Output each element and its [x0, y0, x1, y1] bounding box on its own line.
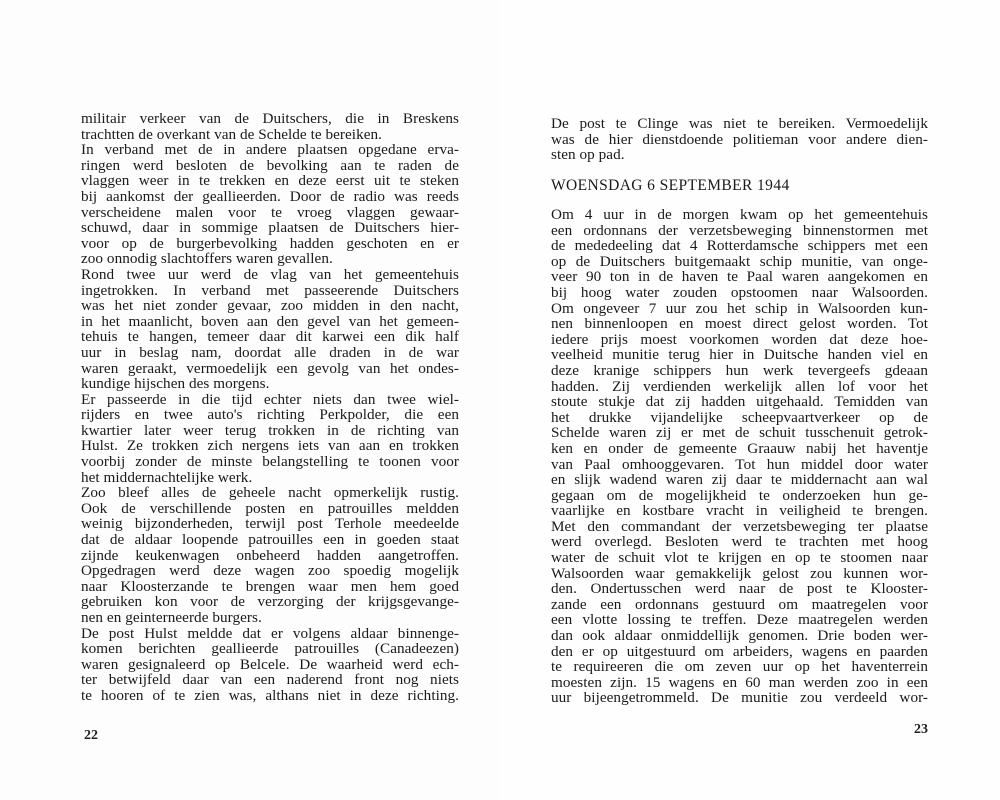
section-heading-date: WOENSDAG 6 SEPTEMBER 1944: [551, 177, 790, 195]
text-line: vaarlijke en kostbare vracht in veilighe…: [551, 503, 928, 519]
text-line: trachtten de overkant van de Schelde te …: [81, 127, 459, 143]
text-line: te requireeren die om zeven uur op het h…: [551, 659, 928, 675]
text-line: op de Duitschers buitgemaakt schip munit…: [551, 254, 928, 270]
text-line: voorbij zonder de minste belangstelling …: [81, 454, 459, 470]
text-line: schuwd, daar in sommige plaatsen de Duit…: [81, 220, 459, 236]
text-line: een vlotte lossing te treffen. Deze maat…: [551, 612, 928, 628]
page-number-left: 22: [84, 728, 98, 744]
text-line: in het maanlicht, boven aan den gevel va…: [81, 314, 459, 330]
text-line: was het niet zonder gevaar, zoo midden i…: [81, 298, 459, 314]
text-line: bij hoog water zouden opstoomen naar Wal…: [551, 285, 928, 301]
text-line: het middernachtelijke werk.: [81, 470, 459, 486]
page-right: De post te Clinge was niet te bereiken. …: [500, 0, 1000, 800]
text-line: De post te Clinge was niet te bereiken. …: [551, 116, 928, 132]
text-line: rijders en twee auto's richting Perkpold…: [81, 407, 459, 423]
text-line: gegaan om de mogelijkheid te onderzoeken…: [551, 488, 928, 504]
text-line: In verband met de in andere plaatsen opg…: [81, 142, 459, 158]
text-line: Om 4 uur in de morgen kwam op het gemeen…: [551, 207, 928, 223]
text-line: voor op de burgerbevolking hadden gescho…: [81, 236, 459, 252]
text-line: gebruiken kon voor de verzorging der kri…: [81, 594, 459, 610]
text-line: het drukke vijandelijke scheepvaartverke…: [551, 410, 928, 426]
text-line: uur bijeengetrommeld. De munitie zou ver…: [551, 690, 928, 706]
text-line: kwartier later weer terug trokken in de …: [81, 423, 459, 439]
text-line: ter betwijfeld daar van een naderend fro…: [81, 672, 459, 688]
text-line: bij aankomst der geallieerden. Door de r…: [81, 189, 459, 205]
text-line: komen berichten geallieerde patrouilles …: [81, 641, 459, 657]
text-line: en slijk wadend waren zij daar te midder…: [551, 472, 928, 488]
text-line: zijnde keukenwagen onbeheerd hadden aang…: [81, 548, 459, 564]
text-line: waren geraakt, vermoedelijk een gevolg v…: [81, 361, 459, 377]
text-line: van Paal omhooggevaren. Tot hun middel d…: [551, 457, 928, 473]
text-line: sten op pad.: [551, 147, 928, 163]
text-line: hadden. Zij verdienden werkelijk allen l…: [551, 379, 928, 395]
text-line: Rond twee uur werd de vlag van het gemee…: [81, 267, 459, 283]
text-line: Walsoorden waar gemakkelijk gelost zou k…: [551, 566, 928, 582]
text-line: De post Hulst meldde dat er volgens alda…: [81, 626, 459, 642]
text-line: verscheidene malen voor te vroeg vlaggen…: [81, 205, 459, 221]
text-line: deze kranige schippers hun werk tevergee…: [551, 363, 928, 379]
text-line: was de hier dienstdoende politieman voor…: [551, 132, 928, 148]
text-line: Er passeerde in die tijd echter niets da…: [81, 392, 459, 408]
text-line: werd overlegd. Besloten werd te trachten…: [551, 534, 928, 550]
text-line: een ordonnans der verzetsbeweging binnen…: [551, 223, 928, 239]
text-line: Schelde waren zij er met de schuit tussc…: [551, 425, 928, 441]
page-left: militair verkeer van de Duitschers, die …: [0, 0, 500, 800]
text-line: dat de aldaar loopende patrouilles een i…: [81, 532, 459, 548]
text-line: Om ongeveer 7 uur zou het schip in Walso…: [551, 301, 928, 317]
text-line: ken en onder de gemeente Graauw nabij he…: [551, 441, 928, 457]
text-line: moesten zijn. 15 wagens en 60 man werden…: [551, 675, 928, 691]
text-line: Met den commandant der verzetsbeweging t…: [551, 519, 928, 535]
text-line: waren gesignaleerd op Belcele. De waarhe…: [81, 657, 459, 673]
text-line: ingetrokken. In verband met passeerende …: [81, 283, 459, 299]
text-line: Ook de verschillende posten en patrouill…: [81, 501, 459, 517]
text-line: dan ook aldaar onmiddellijk genomen. Dri…: [551, 628, 928, 644]
text-line: veer 90 ton in de haven te Paal waren aa…: [551, 269, 928, 285]
text-line: iedere prijs moest voorkomen worden dat …: [551, 332, 928, 348]
text-line: water de schuit vlot te krijgen en op te…: [551, 550, 928, 566]
text-line: veelheid munitie terug hier in Duitsche …: [551, 347, 928, 363]
text-line: zande een ordonnans gestuurd om maatrege…: [551, 597, 928, 613]
text-line: stoute stukje dat zij hadden uitgehaald.…: [551, 394, 928, 410]
text-line: nen binnenloopen en moest direct gelost …: [551, 316, 928, 332]
text-line: den er op uitgestuurd om arbeiders, wage…: [551, 644, 928, 660]
text-line: weinig bijzonderheden, terwijl post Terh…: [81, 516, 459, 532]
text-line: de mededeeling dat 4 Rotterdamsche schip…: [551, 238, 928, 254]
text-line: zoo onnodig slachtoffers waren gevallen.: [81, 251, 459, 267]
text-line: den. Ondertusschen werd naar de post te …: [551, 581, 928, 597]
right-page-body-text: Om 4 uur in de morgen kwam op het gemeen…: [551, 207, 928, 706]
text-line: Zoo bleef alles de geheele nacht opmerke…: [81, 485, 459, 501]
text-line: naar Kloosterzande te brengen waar men h…: [81, 579, 459, 595]
text-line: kundige hijschen des morgens.: [81, 376, 459, 392]
text-line: Opgedragen werd deze wagen zoo spoedig m…: [81, 563, 459, 579]
text-line: ringen werd besloten de bevolking aan te…: [81, 158, 459, 174]
page-number-right: 23: [914, 722, 928, 738]
text-line: uur in beslag nam, doordat alle draden i…: [81, 345, 459, 361]
book-spread: militair verkeer van de Duitschers, die …: [0, 0, 1000, 800]
text-line: Hulst. Ze trokken zich nergens iets van …: [81, 438, 459, 454]
text-line: vlaggen weer in te trekken en deze eerst…: [81, 173, 459, 189]
right-page-intro-text: De post te Clinge was niet te bereiken. …: [551, 116, 928, 163]
text-line: te hooren of te zien was, althans niet i…: [81, 688, 459, 704]
text-line: tehuis te hangen, temeer daar dit karwei…: [81, 329, 459, 345]
left-page-text: militair verkeer van de Duitschers, die …: [81, 111, 459, 704]
text-line: nen en geinterneerde burgers.: [81, 610, 459, 626]
text-line: militair verkeer van de Duitschers, die …: [81, 111, 459, 127]
